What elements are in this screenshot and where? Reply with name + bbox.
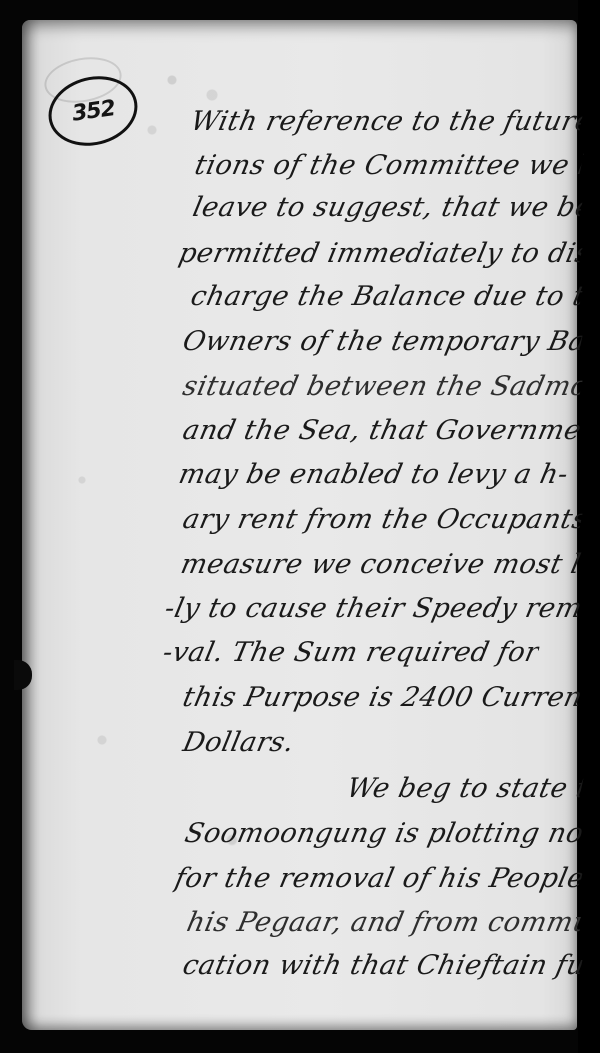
- text-line: -val. The Sum required for: [160, 637, 542, 668]
- folio-number: 352: [70, 96, 116, 127]
- text-line: this Purpose is 2400 Currency: [180, 682, 585, 713]
- text-line: may be enabled to levy a h-: [176, 459, 571, 490]
- text-line: Owners of the temporary Ba-: [180, 326, 585, 357]
- text-line: charge the Balance due to the: [188, 281, 585, 312]
- text-line: leave to suggest, that we be: [190, 192, 585, 223]
- text-line: Soomoongung is plotting no ..: [182, 818, 585, 849]
- text-line: We beg to state that: [344, 773, 585, 804]
- text-line: With reference to the future opera-: [188, 106, 585, 137]
- text-line: for the removal of his People to: [172, 863, 585, 894]
- text-line: and the Sea, that Government: [180, 415, 585, 446]
- text-line: Dollars.: [180, 727, 297, 758]
- text-line: ary rent from the Occupants, a: [180, 504, 585, 535]
- text-line: his Pegaar, and from commu-: [184, 907, 585, 938]
- text-line: permitted immediately to dis-: [176, 238, 585, 269]
- text-line: situated between the Sadmon: [180, 371, 585, 402]
- text-line: -ly to cause their Speedy remo-: [162, 593, 585, 624]
- text-line: cation with that Chieftain furth-: [180, 950, 585, 981]
- text-line: measure we conceive most lik-: [178, 549, 585, 580]
- text-line: tions of the Committee we beg: [192, 150, 585, 181]
